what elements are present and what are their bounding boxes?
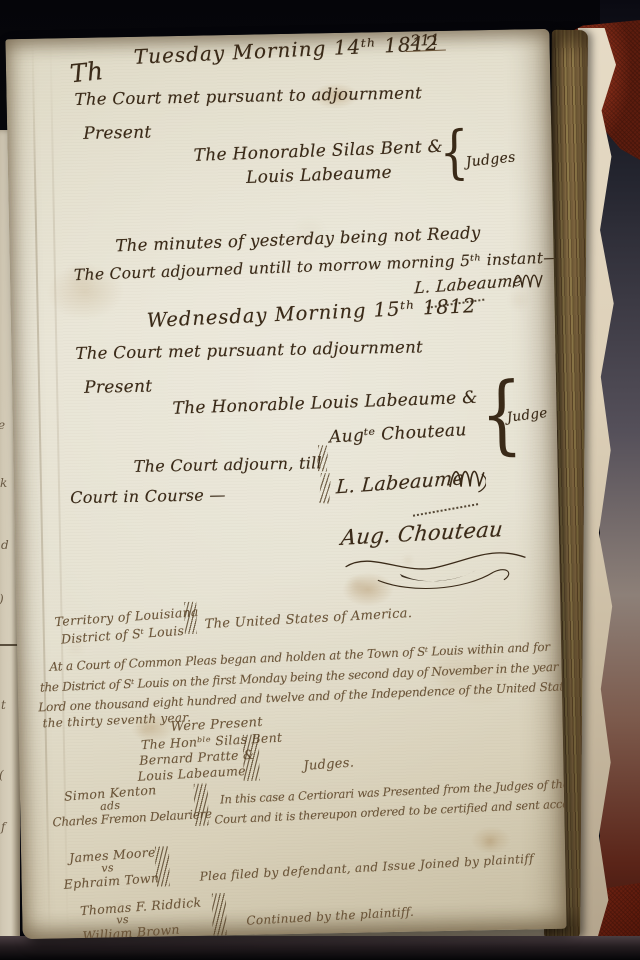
facing-page-text-fragment: d — [1, 538, 9, 552]
hatch-brace-mark — [184, 602, 197, 634]
facing-page-text-fragment: e — [0, 418, 5, 432]
hatch-brace-mark — [243, 735, 260, 781]
adjourn-line: The Court adjourn, till — [133, 453, 322, 476]
hatch-brace-mark — [317, 445, 328, 471]
photograph-of-court-record-book: e k d ) t ( f Tuesday Morning 14ᵗʰ 1812 … — [0, 0, 640, 960]
bottom-gutter-shadow — [0, 936, 640, 960]
present-label: Present — [84, 377, 153, 398]
signature-rubric-flourish — [446, 462, 487, 493]
facing-page-text-fragment: k — [0, 476, 7, 490]
facing-page-text-fragment: ) — [0, 592, 4, 606]
signature-underline-flourish — [337, 543, 534, 593]
signature-rubric-flourish — [510, 267, 544, 294]
facing-page-text-fragment: t — [1, 698, 6, 712]
manuscript-page: Tuesday Morning 14ᵗʰ 1812 211 Th The Cou… — [5, 29, 566, 939]
hatch-brace-mark — [194, 784, 209, 826]
adjourn-line: Court in Course — — [70, 485, 226, 507]
brace-mark: { — [439, 123, 469, 181]
hatch-brace-mark — [155, 846, 170, 886]
page-number: 211 — [405, 31, 445, 52]
hatch-brace-mark — [319, 473, 331, 503]
facing-page-text-fragment: f — [1, 820, 5, 834]
present-label: Present — [83, 123, 152, 144]
hatch-brace-mark — [212, 893, 227, 939]
facing-page-text-fragment: ( — [0, 768, 4, 782]
pen-flourish-mark: Th — [69, 56, 105, 88]
foxing-spots — [5, 39, 6, 40]
